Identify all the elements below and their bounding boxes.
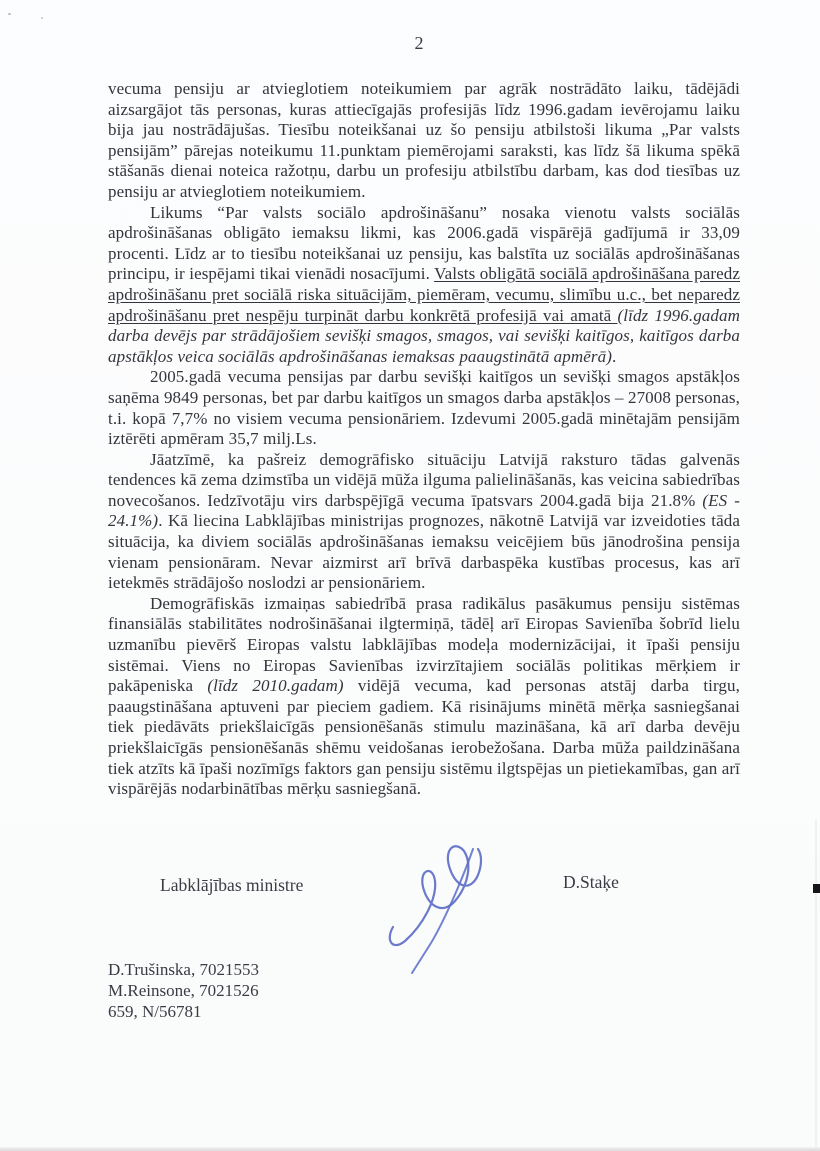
text-segment: 2005.gadā vecuma pensijas par darbu sevi…: [108, 367, 740, 448]
scan-bottom-edge: [0, 1147, 820, 1151]
signer-name: D.Staķe: [563, 872, 619, 893]
paragraph: Likums “Par valsts sociālo apdrošināšanu…: [108, 203, 740, 368]
page-number: 2: [415, 33, 424, 54]
footer-contact-block: D.Trušinska, 7021553M.Reinsone, 70215266…: [108, 959, 259, 1022]
text-segment: vecuma pensiju ar atvieglotiem noteikumi…: [108, 79, 740, 201]
scan-speck: [41, 17, 43, 19]
document-body: vecuma pensiju ar atvieglotiem noteikumi…: [108, 79, 740, 800]
footer-contact-line: 659, N/56781: [108, 1001, 259, 1022]
text-segment: .: [612, 347, 616, 366]
text-segment: . Kā liecina Labklājības ministrijas pro…: [108, 511, 740, 592]
paragraph: 2005.gadā vecuma pensijas par darbu sevi…: [108, 367, 740, 449]
paragraph: Demogrāfiskās izmaiņas sabiedrībā prasa …: [108, 594, 740, 800]
scanned-page: 2 vecuma pensiju ar atvieglotiem noteiku…: [0, 0, 820, 1151]
text-segment: (līdz 2010.gadam): [207, 676, 343, 695]
footer-contact-line: M.Reinsone, 7021526: [108, 980, 259, 1001]
paragraph: vecuma pensiju ar atvieglotiem noteikumi…: [108, 79, 740, 203]
scan-edge-mark: [813, 884, 820, 893]
scan-edge-shadow: [815, 820, 817, 1151]
handwritten-signature-icon: [385, 839, 493, 979]
signer-role-label: Labklājības ministre: [160, 875, 303, 896]
footer-contact-line: D.Trušinska, 7021553: [108, 959, 259, 980]
paragraph: Jāatzīmē, ka pašreiz demogrāfisko situāc…: [108, 450, 740, 594]
text-segment: Jāatzīmē, ka pašreiz demogrāfisko situāc…: [108, 450, 740, 510]
scan-speck: [8, 13, 11, 15]
